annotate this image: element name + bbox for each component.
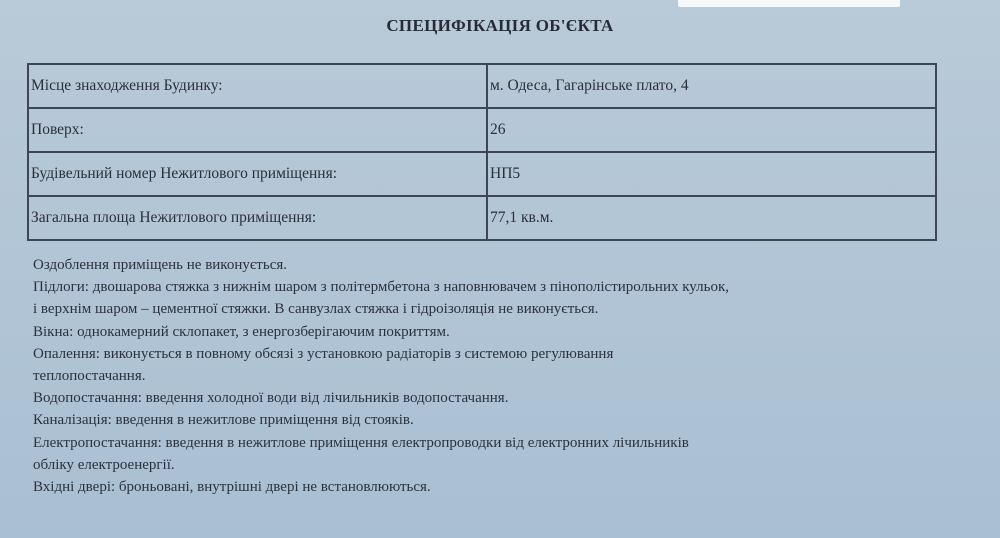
premises-number-label: Будівельний номер Нежитлового приміщення… <box>28 152 487 196</box>
table-row: Загальна площа Нежитлового приміщення: 7… <box>28 196 936 240</box>
document-title: СПЕЦИФІКАЦІЯ ОБ'ЄКТА <box>0 16 1000 36</box>
building-location-label: Місце знаходження Будинку: <box>28 64 487 108</box>
floor-value: 26 <box>487 108 936 152</box>
note-heating: Опалення: виконується в повному обсязі з… <box>33 343 973 365</box>
note-electricity-continued: обліку електроенергії. <box>33 454 973 476</box>
note-water-supply: Водопостачання: введення холодної води в… <box>33 387 973 409</box>
total-area-label: Загальна площа Нежитлового приміщення: <box>28 196 487 240</box>
building-location-value: м. Одеса, Гагарінське плато, 4 <box>487 64 936 108</box>
premises-number-value: НП5 <box>487 152 936 196</box>
note-windows: Вікна: однокамерний склопакет, з енергоз… <box>33 321 973 343</box>
note-floors: Підлоги: двошарова стяжка з нижнім шаром… <box>33 276 973 298</box>
note-finishing: Оздоблення приміщень не виконується. <box>33 254 973 276</box>
note-doors: Вхідні двері: броньовані, внутрішні двер… <box>33 476 973 498</box>
table-row: Поверх: 26 <box>28 108 936 152</box>
specification-notes: Оздоблення приміщень не виконується. Під… <box>33 254 973 498</box>
total-area-value: 77,1 кв.м. <box>487 196 936 240</box>
note-heating-continued: теплопостачання. <box>33 365 973 387</box>
note-sewerage: Каналізація: введення в нежитлове приміщ… <box>33 409 973 431</box>
table-row: Місце знаходження Будинку: м. Одеса, Гаг… <box>28 64 936 108</box>
note-electricity: Електропостачання: введення в нежитлове … <box>33 432 973 454</box>
floor-label: Поверх: <box>28 108 487 152</box>
document-page: СПЕЦИФІКАЦІЯ ОБ'ЄКТА Місце знаходження Б… <box>0 0 1000 538</box>
table-row: Будівельний номер Нежитлового приміщення… <box>28 152 936 196</box>
note-floors-continued: і верхнім шаром – цементної стяжки. В са… <box>33 298 973 320</box>
paper-glare <box>678 0 900 7</box>
spec-table: Місце знаходження Будинку: м. Одеса, Гаг… <box>27 63 937 241</box>
